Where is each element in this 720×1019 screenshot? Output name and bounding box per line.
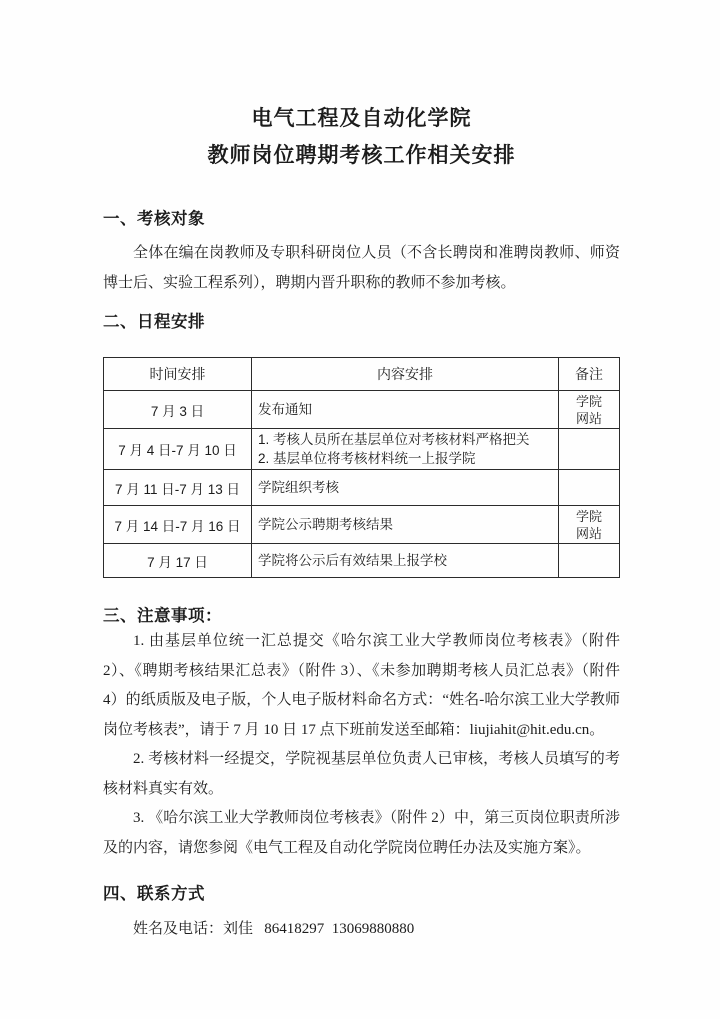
schedule-time-cell: 7 月 17 日 bbox=[104, 544, 252, 578]
schedule-content-cell: 发布通知 bbox=[252, 391, 559, 429]
schedule-remark-line: 网站 bbox=[565, 525, 613, 542]
schedule-time-cell: 7 月 14 日-7 月 16 日 bbox=[104, 506, 252, 544]
schedule-remark-cell: 学院网站 bbox=[559, 391, 620, 429]
section-heading-contact: 四、联系方式 bbox=[103, 883, 620, 905]
schedule-row: 7 月 14 日-7 月 16 日学院公示聘期考核结果学院网站 bbox=[104, 506, 620, 544]
note-paragraph: 2. 考核材料一经提交，学院视基层单位负责人已审核，考核人员填写的考核材料真实有… bbox=[103, 745, 620, 804]
note-paragraph: 1. 由基层单位统一汇总提交《哈尔滨工业大学教师岗位考核表》（附件 2）、《聘期… bbox=[103, 627, 620, 745]
section-heading-notes: 三、注意事项： bbox=[103, 605, 620, 627]
contact-line: 姓名及电话：刘佳 86418297 13069880880 bbox=[103, 915, 620, 944]
schedule-time-cell: 7 月 4 日-7 月 10 日 bbox=[104, 429, 252, 470]
schedule-time-cell: 7 月 3 日 bbox=[104, 391, 252, 429]
schedule-content-cell: 学院公示聘期考核结果 bbox=[252, 506, 559, 544]
schedule-row: 7 月 3 日发布通知学院网站 bbox=[104, 391, 620, 429]
assessment-target-paragraph: 全体在编在岗教师及专职科研岗位人员（不含长聘岗和准聘岗教师、师资博士后、实验工程… bbox=[103, 239, 620, 298]
schedule-row: 7 月 4 日-7 月 10 日1. 考核人员所在基层单位对考核材料严格把关2.… bbox=[104, 429, 620, 470]
note-paragraph: 3. 《哈尔滨工业大学教师岗位考核表》（附件 2）中，第三页岗位职责所涉及的内容… bbox=[103, 804, 620, 863]
schedule-remark-cell bbox=[559, 544, 620, 578]
schedule-remark-cell bbox=[559, 429, 620, 470]
document-page: 电气工程及自动化学院 教师岗位聘期考核工作相关安排 一、考核对象 全体在编在岗教… bbox=[0, 0, 720, 1019]
schedule-time-cell: 7 月 11 日-7 月 13 日 bbox=[104, 470, 252, 506]
title-line-2: 教师岗位聘期考核工作相关安排 bbox=[103, 137, 620, 174]
schedule-remark-line: 网站 bbox=[565, 410, 613, 427]
column-header-time: 时间安排 bbox=[104, 358, 252, 391]
schedule-content-cell: 学院将公示后有效结果上报学校 bbox=[252, 544, 559, 578]
schedule-content-line: 2. 基层单位将考核材料统一上报学院 bbox=[258, 449, 552, 468]
notes-list: 1. 由基层单位统一汇总提交《哈尔滨工业大学教师岗位考核表》（附件 2）、《聘期… bbox=[103, 627, 620, 863]
schedule-content-line: 学院组织考核 bbox=[258, 478, 552, 497]
column-header-content: 内容安排 bbox=[252, 358, 559, 391]
schedule-header-row: 时间安排 内容安排 备注 bbox=[104, 358, 620, 391]
schedule-remark-cell: 学院网站 bbox=[559, 506, 620, 544]
schedule-content-line: 学院将公示后有效结果上报学校 bbox=[258, 551, 552, 570]
schedule-row: 7 月 17 日学院将公示后有效结果上报学校 bbox=[104, 544, 620, 578]
schedule-content-cell: 学院组织考核 bbox=[252, 470, 559, 506]
column-header-remark: 备注 bbox=[559, 358, 620, 391]
schedule-remark-line: 学院 bbox=[565, 393, 613, 410]
section-heading-schedule: 二、日程安排 bbox=[103, 311, 620, 333]
schedule-content-line: 学院公示聘期考核结果 bbox=[258, 515, 552, 534]
title-line-1: 电气工程及自动化学院 bbox=[103, 100, 620, 137]
schedule-content-cell: 1. 考核人员所在基层单位对考核材料严格把关2. 基层单位将考核材料统一上报学院 bbox=[252, 429, 559, 470]
schedule-remark-cell bbox=[559, 470, 620, 506]
document-title: 电气工程及自动化学院 教师岗位聘期考核工作相关安排 bbox=[103, 100, 620, 174]
section-heading-assessment-target: 一、考核对象 bbox=[103, 208, 620, 230]
schedule-content-line: 发布通知 bbox=[258, 400, 552, 419]
schedule-row: 7 月 11 日-7 月 13 日学院组织考核 bbox=[104, 470, 620, 506]
schedule-content-line: 1. 考核人员所在基层单位对考核材料严格把关 bbox=[258, 430, 552, 449]
schedule-remark-line: 学院 bbox=[565, 508, 613, 525]
schedule-table: 时间安排 内容安排 备注 7 月 3 日发布通知学院网站7 月 4 日-7 月 … bbox=[103, 357, 620, 578]
schedule-table-body: 7 月 3 日发布通知学院网站7 月 4 日-7 月 10 日1. 考核人员所在… bbox=[104, 391, 620, 578]
